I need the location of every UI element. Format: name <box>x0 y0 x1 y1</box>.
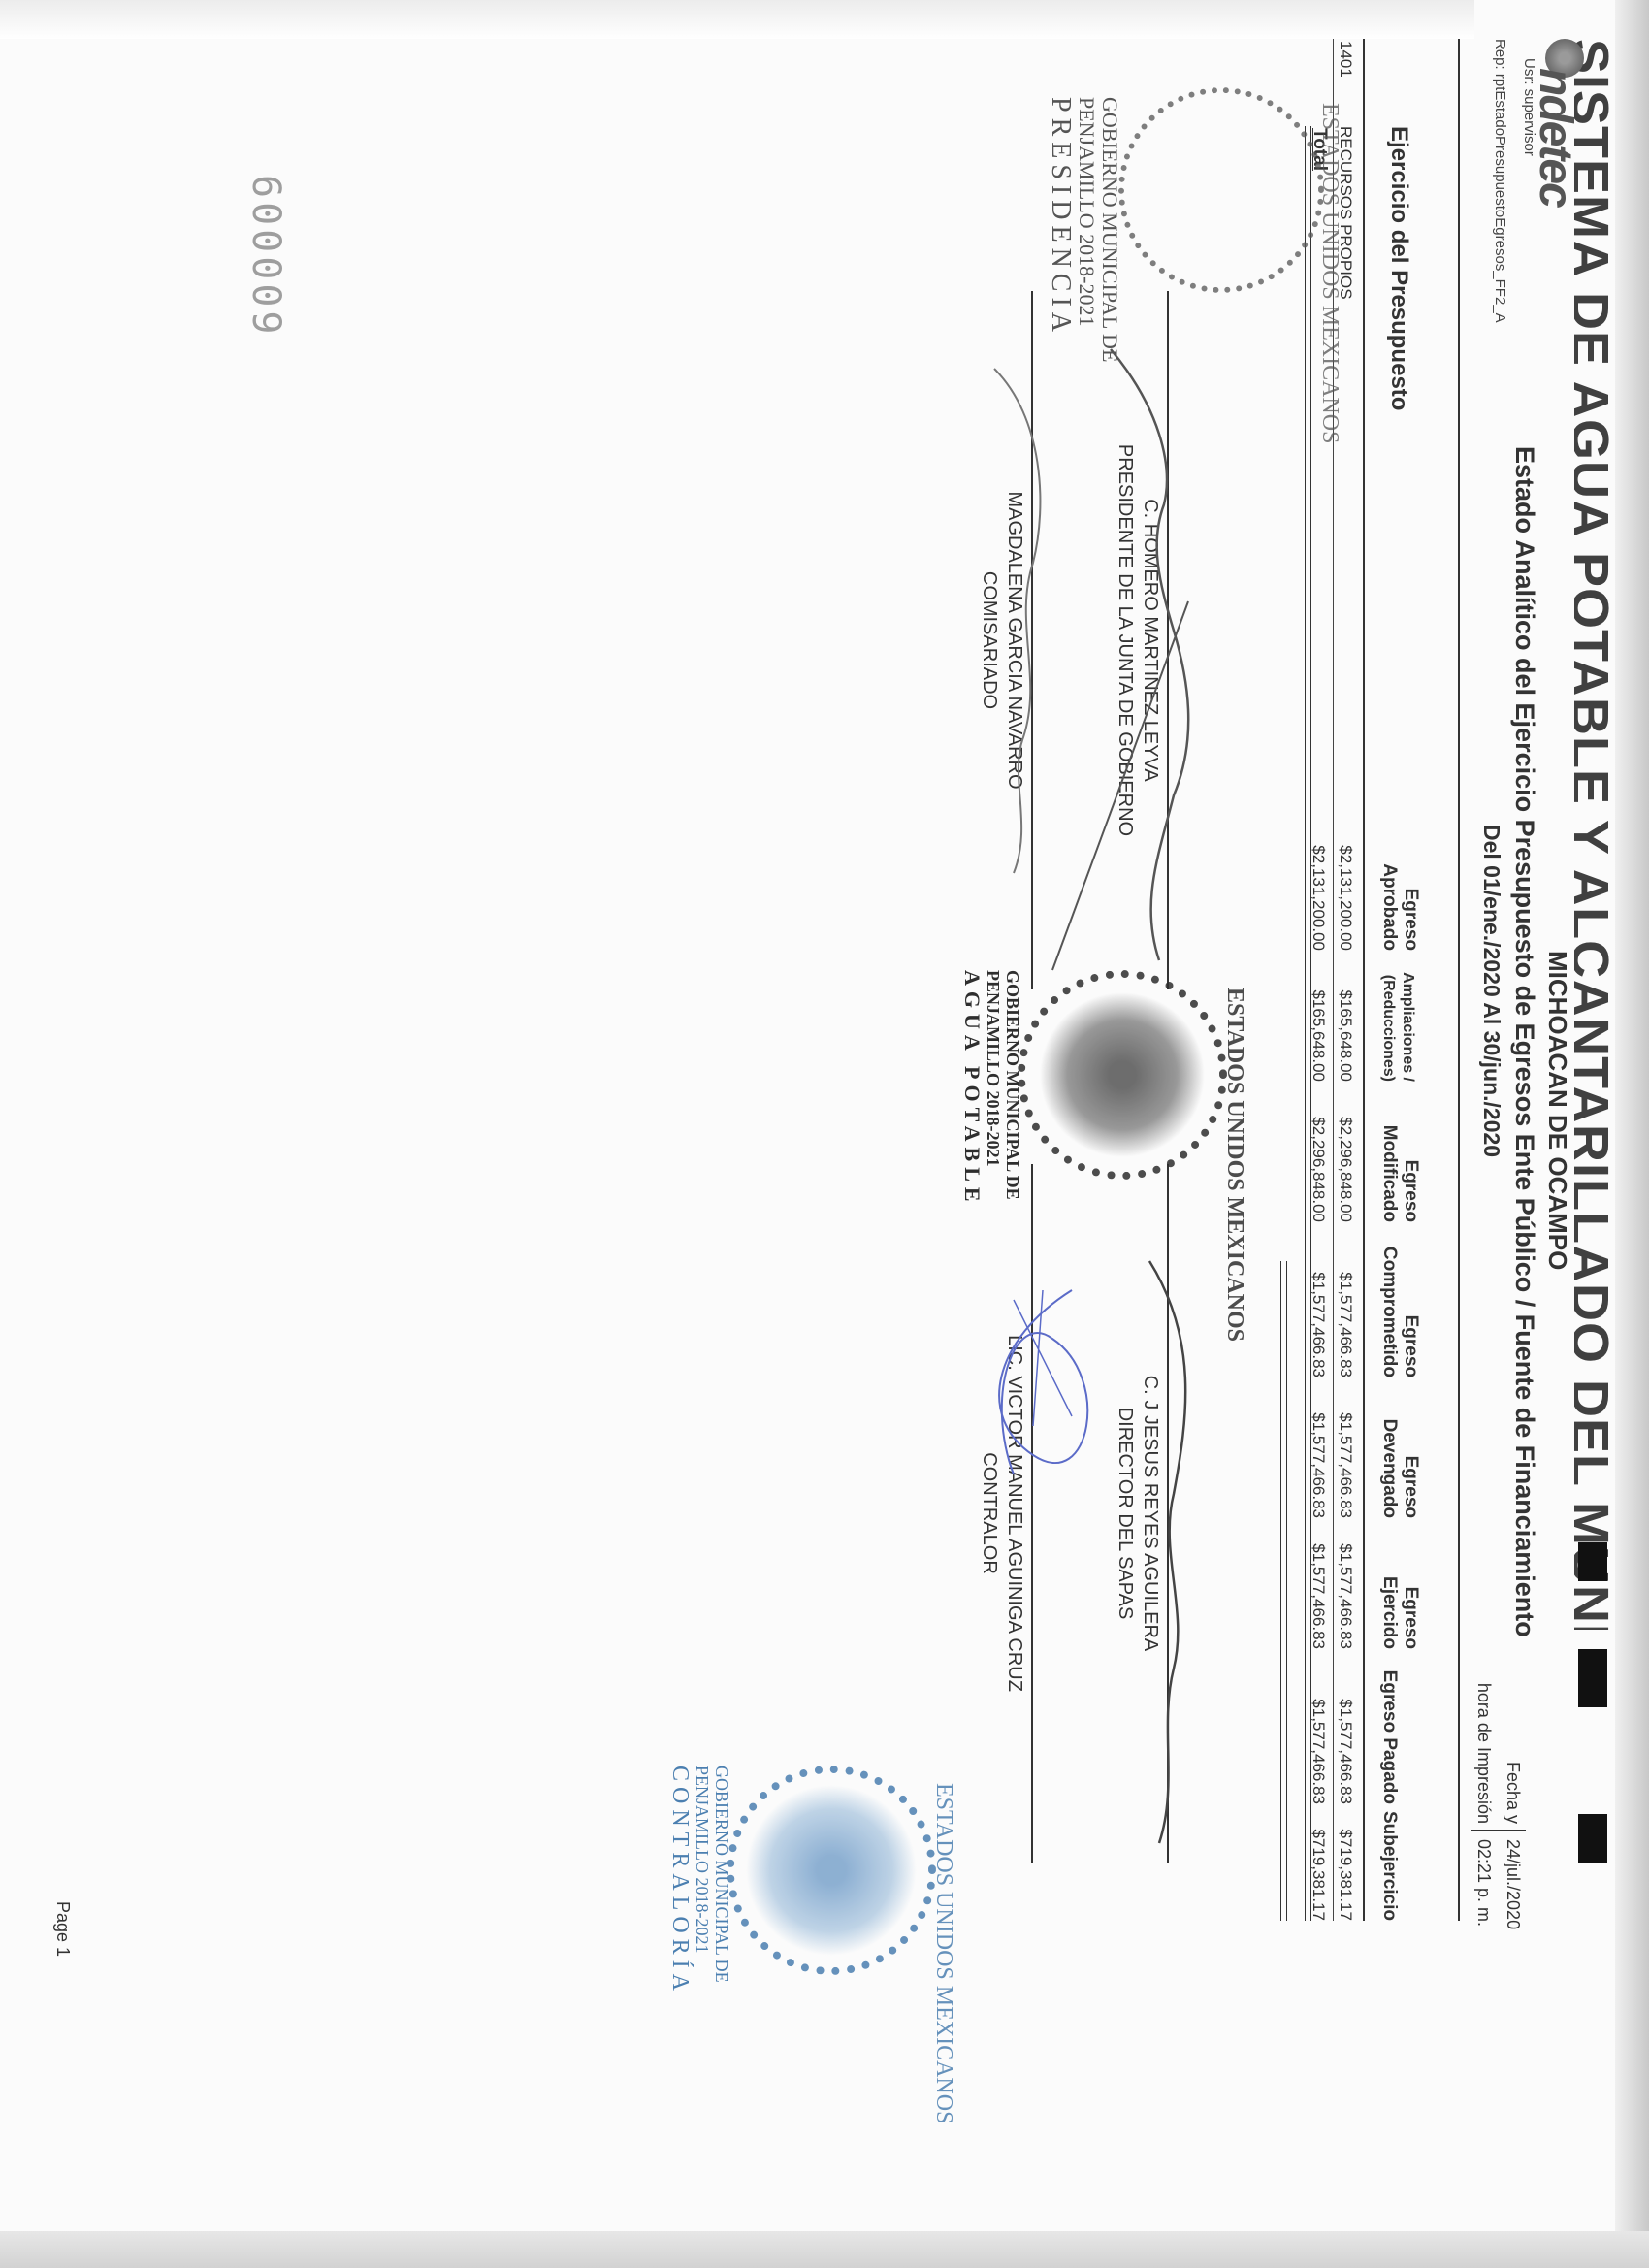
seal-line2: PENJAMILLO 2018-2021 <box>985 970 1002 1167</box>
seal-line2: PENJAMILLO 2018-2021 <box>1076 97 1097 327</box>
seal-agua-potable: ESTADOS UNIDOS MEXICANOS <box>1018 970 1227 1180</box>
seal-line1: GOBIERNO MUNICIPAL DE <box>713 1766 730 1983</box>
seal-line3: AGUA POTABLE <box>961 970 983 1208</box>
seal-line1: GOBIERNO MUNICIPAL DE <box>1099 97 1120 362</box>
rotated-report-page: SISTEMA DE AGUA POTABLE Y ALCANTARILLADO… <box>0 0 1615 2268</box>
seal-ring-text: ESTADOS UNIDOS MEXICANOS <box>1318 103 1342 443</box>
seal-ring-text: ESTADOS UNIDOS MEXICANOS <box>1223 988 1246 1342</box>
folio-stamp: 600009 <box>243 175 288 339</box>
seal-ring-text: ESTADOS UNIDOS MEXICANOS <box>932 1783 955 2123</box>
seal-contraloria: ESTADOS UNIDOS MEXICANOS <box>727 1766 936 1975</box>
seal-line3: PRESIDENCIA <box>1047 97 1074 338</box>
seal-presidencia: ESTADOS UNIDOS MEXICANOS <box>1118 87 1324 293</box>
seal-line1: GOBIERNO MUNICIPAL DE <box>1004 970 1021 1200</box>
seal-line2: PENJAMILLO 2018-2021 <box>694 1766 711 1954</box>
page-number: Page 1 <box>52 1901 73 1957</box>
seal-line3: CONTRALORÍA <box>668 1766 692 1996</box>
